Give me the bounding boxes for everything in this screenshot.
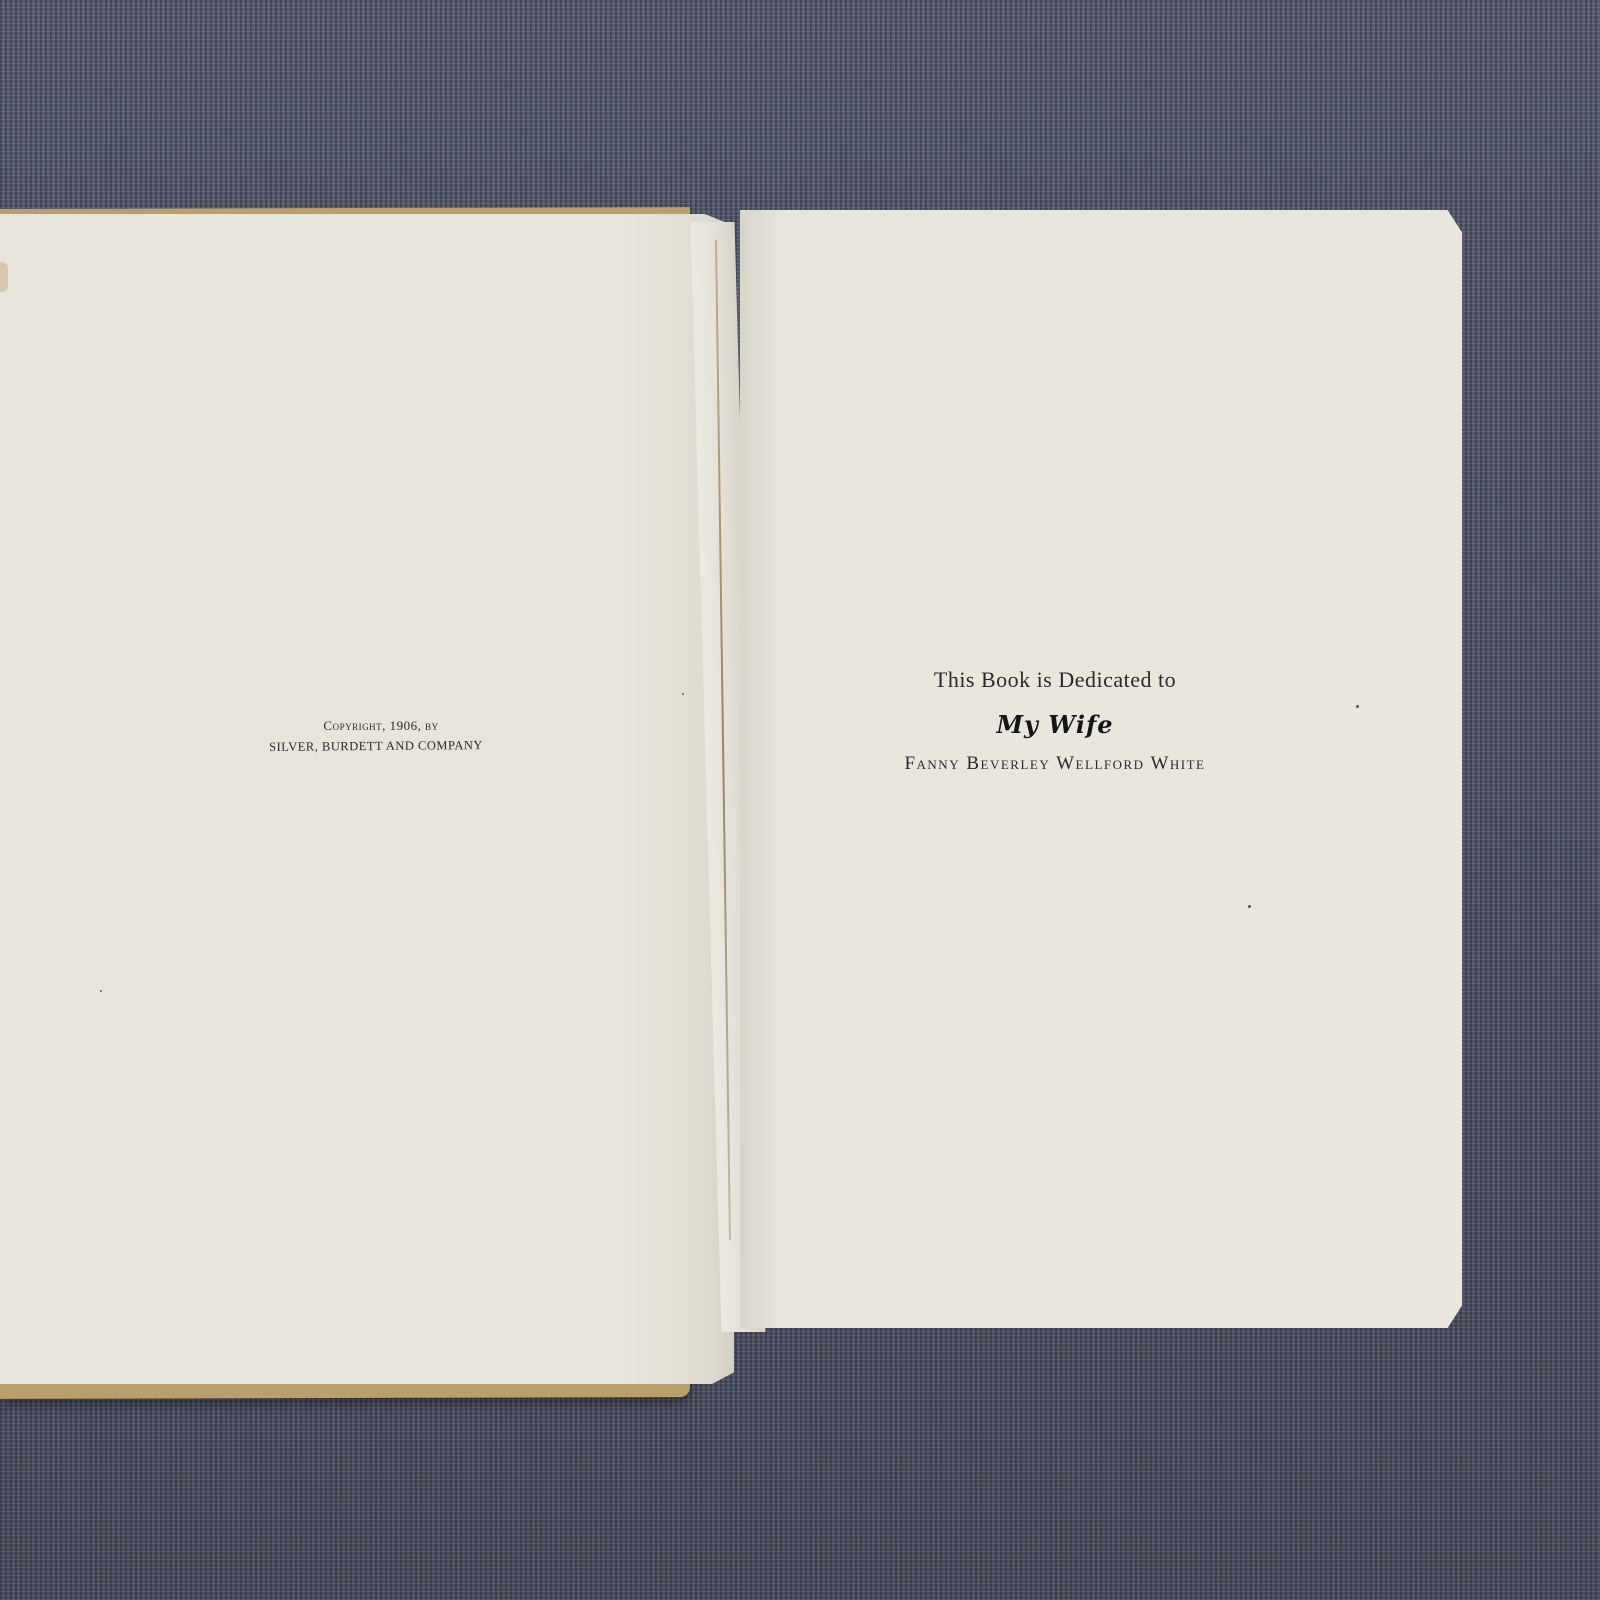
dedication-intro: This Book is Dedicated to [840,665,1270,695]
dedication-block: This Book is Dedicated to My Wife Fanny … [840,665,1270,777]
publisher-line: SILVER, BURDETT AND COMPANY [226,735,526,758]
paper-speck [100,990,102,992]
left-page [0,214,734,1384]
page-stain [0,262,8,292]
dedication-name: Fanny Beverley Wellford White [840,751,1270,777]
paper-speck [682,693,684,695]
copyright-line: Copyright, 1906, by [236,716,526,736]
dedication-recipient: My Wife [840,709,1270,741]
paper-speck [1356,705,1359,708]
paper-speck [1248,905,1251,908]
copyright-notice: Copyright, 1906, by SILVER, BURDETT AND … [226,716,526,756]
